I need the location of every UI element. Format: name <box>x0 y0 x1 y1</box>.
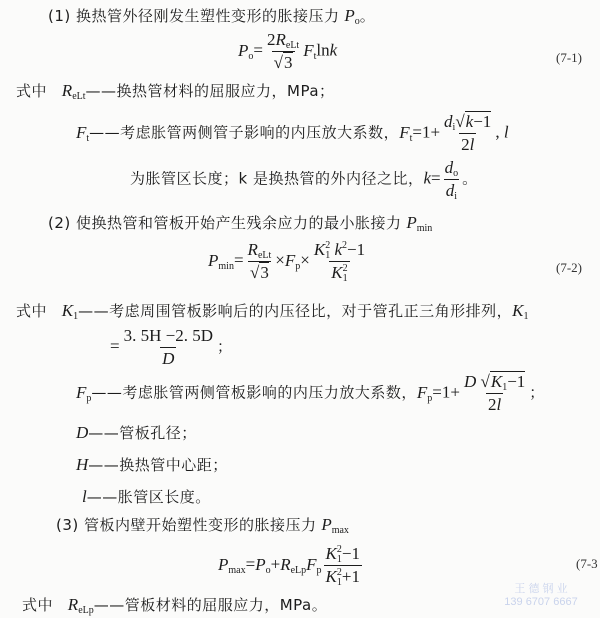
section1-heading: (1) 换热管外径刚发生塑性变形的胀接压力 Po。 <box>48 5 375 26</box>
equation-7-1: Po=2ReLt√3Ftlnk <box>238 30 337 73</box>
definition-f-p: Fp——考虑胀管两侧管板影响的内压力放大系数，Fp=1+D √K1−12l； <box>76 372 545 415</box>
equation-7-2: Pmin=ReLt√3×Fp×K21 k2−1K21 <box>208 240 369 283</box>
equation-7-3: Pmax=Po+ReLpFpK21−1K21+1 <box>218 544 364 587</box>
watermark-company: 王 德 钢 业 <box>496 580 586 596</box>
definition-k1-formula: =3. 5H −2. 5DD； <box>110 326 233 369</box>
equation-number-7-2: (7-2) <box>556 260 582 276</box>
definition-f-t: Ft——考虑胀管两侧管子影响的内压放大系数，Ft=1+di√k−12l, l <box>76 112 509 155</box>
definition-r-elt: 式中 ReLt——换热管材料的屈服应力，MPa； <box>16 80 335 101</box>
definition-h: H——换热管中心距； <box>76 454 228 475</box>
symbol-p: Po <box>344 6 359 25</box>
watermark: 王 德 钢 业 139 6707 6667 <box>496 580 586 608</box>
definition-f-t-continuation: 为胀管区长度；k 是换热管的外内径之比，k=dodi。 <box>130 158 478 201</box>
equation-number-7-3: (7-3 <box>576 556 598 572</box>
equation-number-7-1: (7-1) <box>556 50 582 66</box>
definition-k1: 式中 K1——考虑周围管板影响后的内压径比，对于管孔正三角形排列，K1 <box>16 300 529 321</box>
definition-r-elp: 式中 ReLp——管板材料的屈服应力，MPa。 <box>22 594 327 615</box>
section3-heading: (3) 管板内壁开始塑性变形的胀接压力 Pmax <box>56 514 349 535</box>
definition-d: D——管板孔径； <box>76 422 197 443</box>
section2-heading: (2) 使换热管和管板开始产生残余应力的最小胀接力 Pmin <box>48 212 432 233</box>
watermark-phone: 139 6707 6667 <box>496 596 586 608</box>
definition-l: l——胀管区长度。 <box>82 486 211 507</box>
